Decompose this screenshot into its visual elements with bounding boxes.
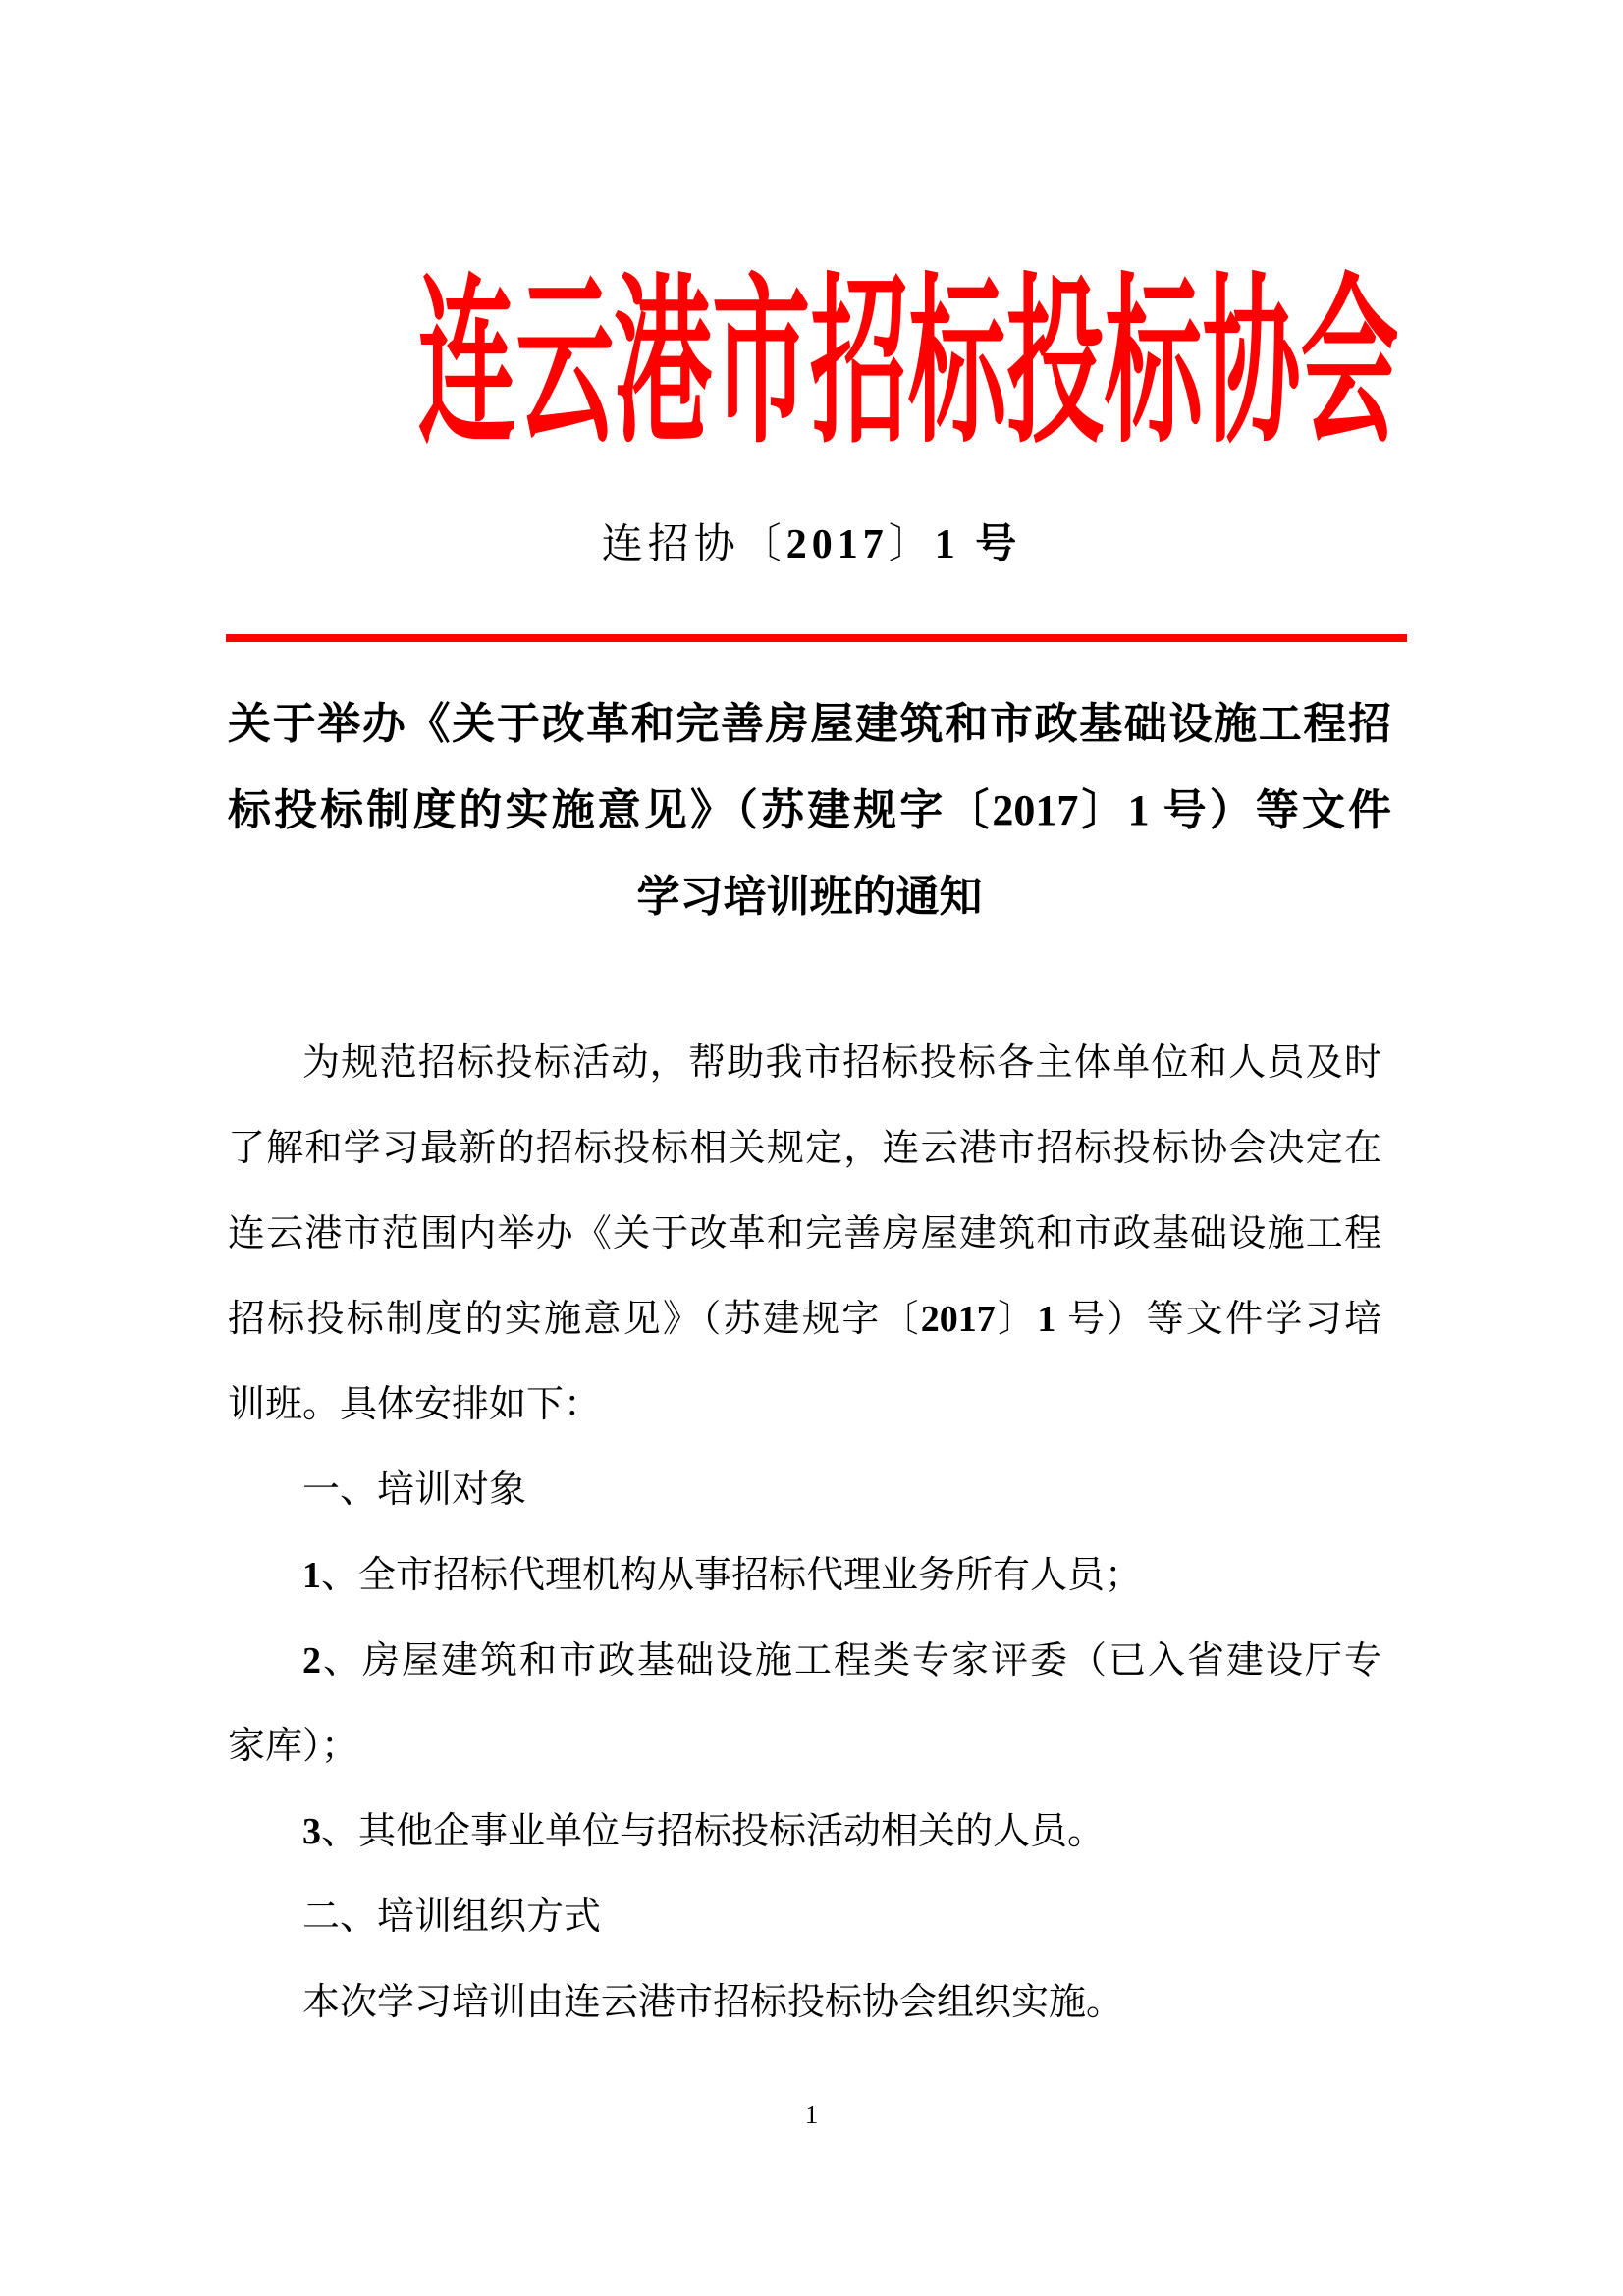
text-line: 训班。具体安排如下： [228, 1362, 1381, 1448]
page-number: 1 [0, 2097, 1623, 2132]
text-segment: 、其他企事业单位与招标投标活动相关的人员。 [321, 1811, 1105, 1852]
text-segment-bold: 1 [302, 1555, 321, 1596]
doc-number: 连招协〔2017〕1 号 [0, 516, 1623, 573]
text-segment-bold: 1 [1037, 1299, 1055, 1340]
text-line: 标投标制度的实施意见》（苏建规字〔2017〕1 号）等文件 [228, 768, 1391, 854]
text-segment: 〕 [889, 522, 935, 567]
text-line: 连云港市范围内举办《关于改革和完善房屋建筑和市政基础设施工程 [228, 1192, 1381, 1277]
text-line: 招标投标制度的实施意见》（苏建规字〔2017〕1 号）等文件学习培 [228, 1277, 1381, 1362]
text-segment: 标投标制度的实施意见》（苏建规字〔2017〕1 号）等文件 [228, 786, 1391, 834]
text-segment: 本次学习培训由连云港市招标投标协会组织实施。 [302, 1982, 1123, 2023]
text-segment-bold: 1 号 [935, 522, 1022, 567]
text-segment: 连招协〔 [602, 522, 786, 567]
text-line: 3、其他企事业单位与招标投标活动相关的人员。 [228, 1789, 1381, 1875]
text-segment: 、全市招标代理机构从事招标代理业务所有人员； [321, 1555, 1142, 1596]
document-page: 连云港市招标投标协会 连招协〔2017〕1 号 关于举办《关于改革和完善房屋建筑… [0, 0, 1623, 2296]
text-segment-bold: 3 [302, 1811, 321, 1852]
text-segment: 号）等文件学习培 [1055, 1299, 1381, 1340]
text-line: 1、全市招标代理机构从事招标代理业务所有人员； [228, 1533, 1381, 1619]
text-segment: 二、培训组织方式 [302, 1896, 601, 1938]
text-line: 2、房屋建筑和市政基础设施工程类专家评委（已入省建设厅专 [228, 1619, 1381, 1704]
text-segment: 一、培训对象 [302, 1469, 526, 1511]
org-title-text: 连云港市招标投标协会 [417, 267, 1398, 463]
text-segment: 、房屋建筑和市政基础设施工程类专家评委（已入省建设厅专 [321, 1640, 1381, 1682]
text-segment: 训班。具体安排如下： [228, 1384, 601, 1425]
text-line: 二、培训组织方式 [228, 1875, 1381, 1960]
text-segment: 学习培训班的通知 [637, 873, 983, 921]
text-segment: 连云港市范围内举办《关于改革和完善房屋建筑和市政基础设施工程 [228, 1213, 1381, 1255]
text-line: 了解和学习最新的招标投标相关规定，连云港市招标投标协会决定在 [228, 1106, 1381, 1192]
notice-title: 关于举办《关于改革和完善房屋建筑和市政基础设施工程招标投标制度的实施意见》（苏建… [228, 681, 1391, 940]
text-line: 家库）； [228, 1704, 1381, 1789]
text-segment: 了解和学习最新的招标投标相关规定，连云港市招标投标协会决定在 [228, 1128, 1381, 1169]
text-line: 学习培训班的通知 [228, 854, 1391, 940]
text-segment: 关于举办《关于改革和完善房屋建筑和市政基础设施工程招 [228, 700, 1391, 748]
text-line: 为规范招标投标活动，帮助我市招标投标各主体单位和人员及时 [228, 1021, 1381, 1106]
text-segment-bold: 2017 [921, 1299, 996, 1340]
text-segment-bold: 2017 [786, 522, 889, 567]
text-line: 一、培训对象 [228, 1448, 1381, 1533]
text-segment: 招标投标制度的实施意见》（苏建规字〔 [228, 1299, 921, 1340]
org-title: 连云港市招标投标协会 [0, 267, 1623, 463]
text-segment: 〕 [996, 1299, 1038, 1340]
text-segment: 家库）； [228, 1726, 358, 1767]
text-line: 本次学习培训由连云港市招标投标协会组织实施。 [228, 1960, 1381, 2046]
body-text: 为规范招标投标活动，帮助我市招标投标各主体单位和人员及时了解和学习最新的招标投标… [228, 1021, 1381, 2046]
text-segment: 为规范招标投标活动，帮助我市招标投标各主体单位和人员及时 [302, 1042, 1381, 1084]
text-line: 关于举办《关于改革和完善房屋建筑和市政基础设施工程招 [228, 681, 1391, 768]
red-divider-line [226, 634, 1407, 642]
text-segment-bold: 2 [302, 1640, 321, 1682]
